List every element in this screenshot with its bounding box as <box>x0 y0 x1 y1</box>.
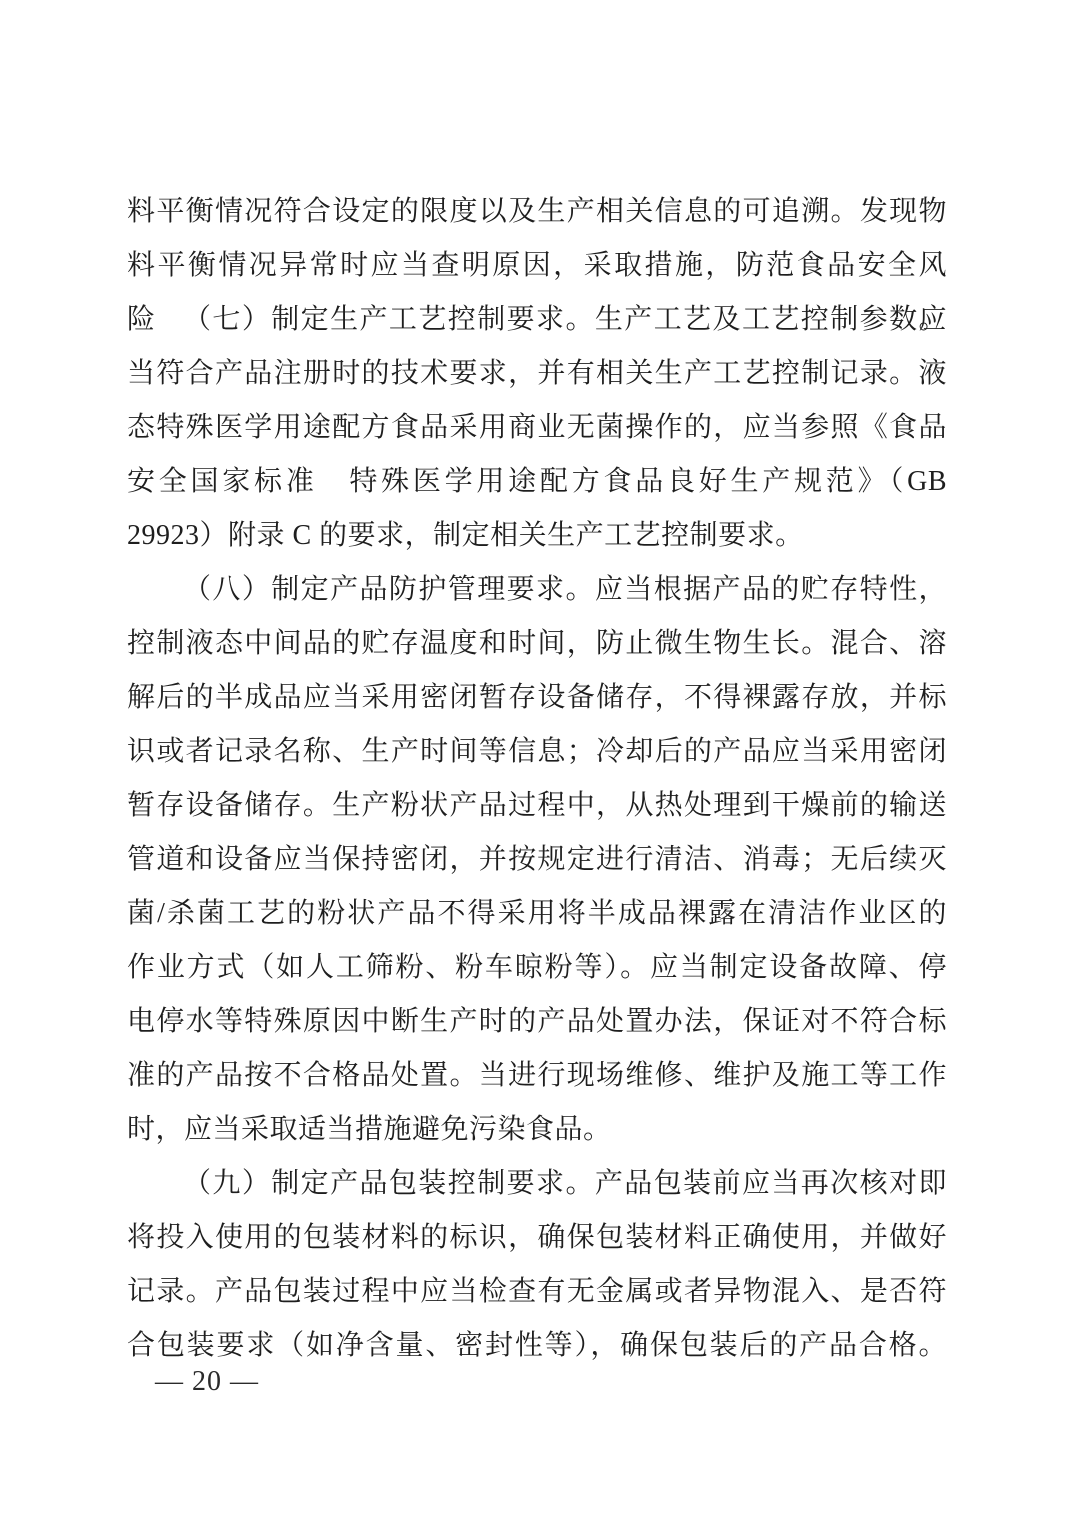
text-line: 识或者记录名称、生产时间等信息；冷却后的产品应当采用密闭 <box>127 725 947 779</box>
text-line: 29923）附录 C 的要求，制定相关生产工艺控制要求。 <box>127 509 947 563</box>
text-line: （九）制定产品包装控制要求。产品包装前应当再次核对即 <box>127 1157 947 1211</box>
text-line: 管道和设备应当保持密闭，并按规定进行清洁、消毒；无后续灭 <box>127 833 947 887</box>
text-line: 解后的半成品应当采用密闭暂存设备储存，不得裸露存放，并标 <box>127 671 947 725</box>
text-line: 控制液态中间品的贮存温度和时间，防止微生物生长。混合、溶 <box>127 617 947 671</box>
text-line: 暂存设备储存。生产粉状产品过程中，从热处理到干燥前的输送 <box>127 779 947 833</box>
text-line: 将投入使用的包装材料的标识，确保包装材料正确使用，并做好 <box>127 1211 947 1265</box>
text-line: 记录。产品包装过程中应当检查有无金属或者异物混入、是否符 <box>127 1265 947 1319</box>
text-line: 作业方式（如人工筛粉、粉车晾粉等）。应当制定设备故障、停 <box>127 941 947 995</box>
page-footer: — 20 — <box>155 1364 259 1400</box>
text-line: 电停水等特殊原因中断生产时的产品处置办法，保证对不符合标 <box>127 995 947 1049</box>
document-body: 料平衡情况符合设定的限度以及生产相关信息的可追溯。发现物料平衡情况异常时应当查明… <box>127 185 947 1373</box>
text-line: （八）制定产品防护管理要求。应当根据产品的贮存特性， <box>127 563 947 617</box>
text-line: 菌/杀菌工艺的粉状产品不得采用将半成品裸露在清洁作业区的 <box>127 887 947 941</box>
text-line: 时，应当采取适当措施避免污染食品。 <box>127 1103 947 1157</box>
page-number: — 20 — <box>155 1366 259 1397</box>
text-line: 当符合产品注册时的技术要求，并有相关生产工艺控制记录。液 <box>127 347 947 401</box>
text-line: 态特殊医学用途配方食品采用商业无菌操作的，应当参照《食品 <box>127 401 947 455</box>
text-line: 准的产品按不合格品处置。当进行现场维修、维护及施工等工作 <box>127 1049 947 1103</box>
text-line: 安全国家标准 特殊医学用途配方食品良好生产规范》（GB <box>127 455 947 509</box>
text-line: 料平衡情况符合设定的限度以及生产相关信息的可追溯。发现物 <box>127 185 947 239</box>
text-line: 料平衡情况异常时应当查明原因，采取措施，防范食品安全风险。 <box>127 239 947 293</box>
page: 料平衡情况符合设定的限度以及生产相关信息的可追溯。发现物料平衡情况异常时应当查明… <box>0 0 1080 1527</box>
scanned-document-page: { "colors": { "page_background": "#fffff… <box>0 0 1080 1527</box>
text-line: （七）制定生产工艺控制要求。生产工艺及工艺控制参数应 <box>127 293 947 347</box>
